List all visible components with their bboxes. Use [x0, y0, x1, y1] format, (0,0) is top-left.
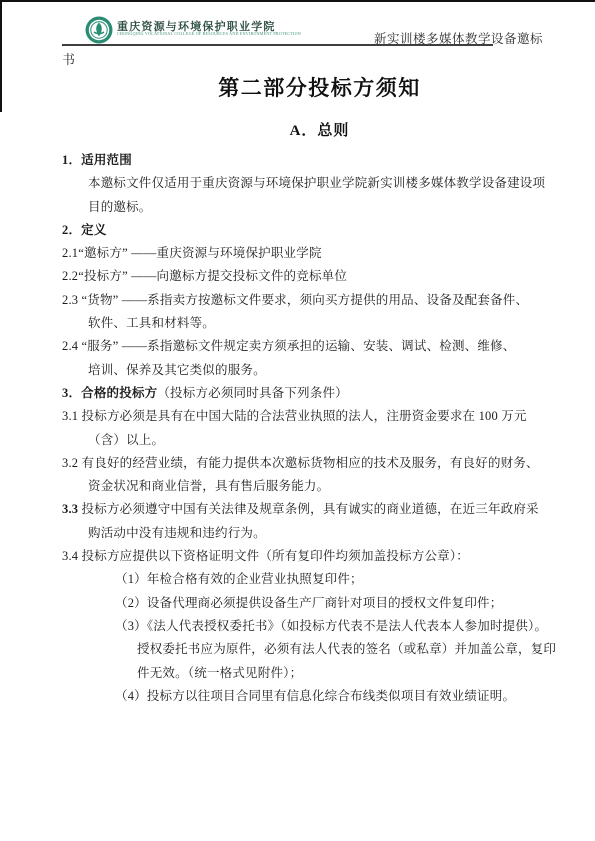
text-line: 2.2“投标方” ——向邀标方提交投标文件的竞标单位	[62, 265, 540, 288]
text-run: 培训、保养及其它类似的服务。	[88, 363, 266, 377]
text-line: （2）设备代理商必须提供设备生产厂商针对项目的授权文件复印件；	[62, 592, 540, 615]
text-run: 授权委托书应为原件，必须有法人代表的签名（或私章）并加盖公章，复印	[137, 642, 556, 656]
text-run: 本邀标文件仅适用于重庆资源与环境保护职业学院新实训楼多媒体教学设备建设项	[88, 176, 545, 190]
document-title: 第二部分投标方须知	[0, 72, 595, 102]
text-line: （含）以上。	[62, 429, 540, 452]
text-line: 软件、工具和材料等。	[62, 312, 540, 335]
text-run: 2.2“投标方” ——向邀标方提交投标文件的竞标单位	[62, 269, 347, 283]
text-run: 2.3 “货物” ——系指卖方按邀标文件要求，须向买方提供的用品、设备及配套备件…	[62, 293, 528, 307]
text-line: （1）年检合格有效的企业营业执照复印件；	[62, 568, 540, 591]
text-run: （含）以上。	[88, 433, 164, 447]
text-run: （2）设备代理商必须提供设备生产厂商针对项目的授权文件复印件；	[115, 596, 502, 610]
text-run: 购活动中没有违规和违约行为。	[88, 526, 266, 540]
college-tagline: CHONGQING VOCATIONAL COLLEGE OF RESOURCE…	[117, 32, 301, 36]
text-line: 购活动中没有违规和违约行为。	[62, 522, 540, 545]
text-run-bold: 1．适用范围	[62, 153, 132, 167]
text-run: （投标方必须同时具备下列条件）	[157, 386, 348, 400]
text-run: 3.2 有良好的经营业绩，有能力提供本次邀标货物相应的技术及服务，有良好的财务、	[62, 456, 539, 470]
text-run: 投标方必须遵守中国有关法律及规章条例，具有诚实的商业道德，在近三年政府采	[78, 502, 539, 516]
section-heading: A．总则	[0, 119, 595, 140]
text-run-bold: 3．合格的投标方	[62, 386, 157, 400]
text-line: 2.3 “货物” ——系指卖方按邀标文件要求，须向买方提供的用品、设备及配套备件…	[62, 289, 540, 312]
text-line: 1．适用范围	[62, 149, 540, 172]
text-line: 2．定义	[62, 219, 540, 242]
text-line: （4）投标方以往项目合同里有信息化综合布线类似项目有效业绩证明。	[62, 685, 540, 708]
text-line: 授权委托书应为原件，必须有法人代表的签名（或私章）并加盖公章，复印	[62, 638, 540, 661]
text-run: 件无效。（统一格式见附件）；	[137, 666, 302, 680]
text-line: 2.1“邀标方” ——重庆资源与环境保护职业学院	[62, 242, 540, 265]
header-wrapped-char: 书	[62, 49, 75, 68]
text-line: 3．合格的投标方（投标方必须同时具备下列条件）	[62, 382, 540, 405]
text-run: 2.4 “服务” ——系指邀标文件规定卖方须承担的运输、安装、调试、检测、维修、	[62, 339, 515, 353]
text-line: （3）《法人代表授权委托书》（如投标方代表不是法人代表本人参加时提供）。	[62, 615, 540, 638]
text-run: （4）投标方以往项目合同里有信息化综合布线类似项目有效业绩证明。	[115, 689, 515, 703]
text-line: 本邀标文件仅适用于重庆资源与环境保护职业学院新实训楼多媒体教学设备建设项	[62, 172, 540, 195]
text-line: 3.3 投标方必须遵守中国有关法律及规章条例，具有诚实的商业道德，在近三年政府采	[62, 498, 540, 521]
text-line: 3.1 投标方必须是具有在中国大陆的合法营业执照的法人，注册资金要求在 100 …	[62, 405, 540, 428]
college-logo-icon	[85, 16, 113, 44]
text-line: 资金状况和商业信誉，具有售后服务能力。	[62, 475, 540, 498]
text-line: 培训、保养及其它类似的服务。	[62, 359, 540, 382]
text-run: 资金状况和商业信誉，具有售后服务能力。	[88, 479, 329, 493]
text-line: 件无效。（统一格式见附件）；	[62, 662, 540, 685]
text-line: 目的邀标。	[62, 196, 540, 219]
text-run: 3.4 投标方应提供以下资格证明文件（所有复印件均须加盖投标方公章）：	[62, 549, 469, 563]
text-run: 3.1 投标方必须是具有在中国大陆的合法营业执照的法人，注册资金要求在 100 …	[62, 409, 527, 423]
text-run: 软件、工具和材料等。	[88, 316, 215, 330]
header-rule	[62, 44, 493, 46]
text-run-bold: 3.3	[62, 502, 78, 516]
text-line: 2.4 “服务” ——系指邀标文件规定卖方须承担的运输、安装、调试、检测、维修、	[62, 335, 540, 358]
document-body: 1．适用范围本邀标文件仅适用于重庆资源与环境保护职业学院新实训楼多媒体教学设备建…	[62, 149, 540, 708]
text-run: （1）年检合格有效的企业营业执照复印件；	[115, 572, 363, 586]
text-run: 目的邀标。	[88, 200, 152, 214]
scan-edge-top	[0, 0, 595, 2]
text-line: 3.4 投标方应提供以下资格证明文件（所有复印件均须加盖投标方公章）：	[62, 545, 540, 568]
text-run-bold: 2．定义	[62, 223, 107, 237]
text-line: 3.2 有良好的经营业绩，有能力提供本次邀标货物相应的技术及服务，有良好的财务、	[62, 452, 540, 475]
text-run: 2.1“邀标方” ——重庆资源与环境保护职业学院	[62, 246, 322, 260]
text-run: （3）《法人代表授权委托书》（如投标方代表不是法人代表本人参加时提供）。	[115, 619, 547, 633]
college-emblem-icon	[85, 16, 113, 44]
